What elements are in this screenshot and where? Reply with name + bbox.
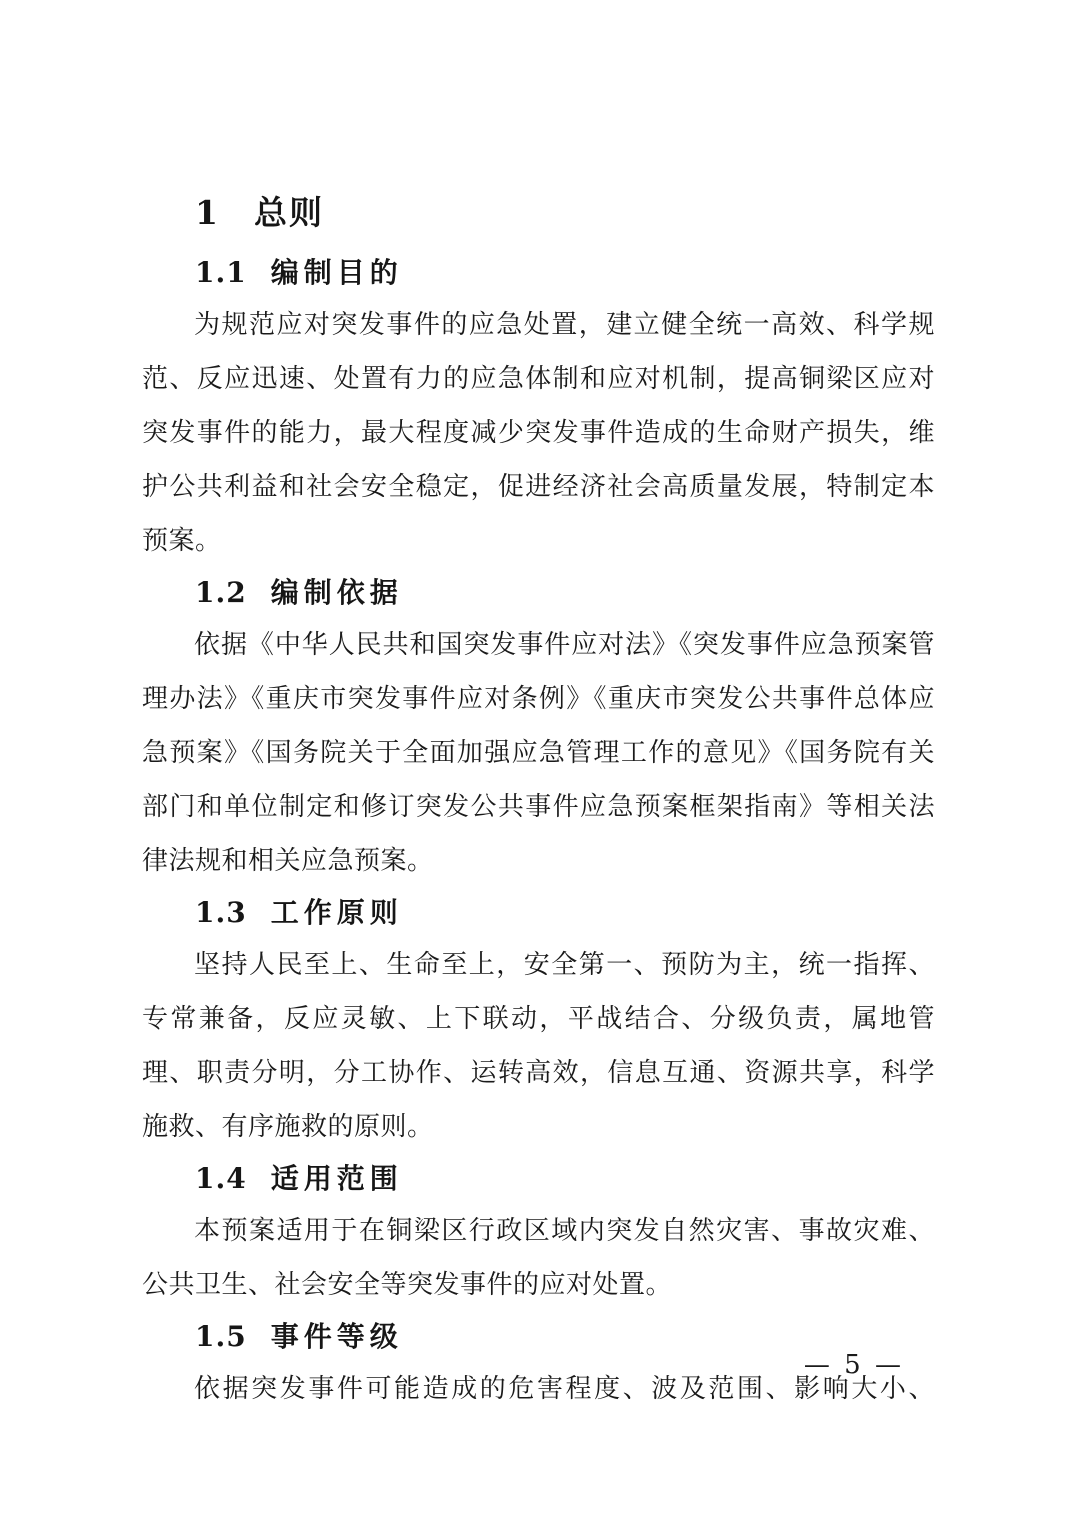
section-1-4: 1.4适用范围 本预案适用于在铜梁区行政区域内突发自然灾害、事故灾难、公共卫生、…	[142, 1154, 935, 1312]
section-title: 适用范围	[271, 1162, 403, 1195]
section-1-3-paragraph: 坚持人民至上、生命至上，安全第一、预防为主，统一指挥、专常兼备，反应灵敏、上下联…	[142, 938, 935, 1154]
section-number: 1.1	[195, 256, 247, 289]
section-1-1: 1.1编制目的 为规范应对突发事件的应急处置，建立健全统一高效、科学规范、反应迅…	[142, 248, 935, 568]
section-1-3: 1.3工作原则 坚持人民至上、生命至上，安全第一、预防为主，统一指挥、专常兼备，…	[142, 888, 935, 1154]
section-1-1-paragraph: 为规范应对突发事件的应急处置，建立健全统一高效、科学规范、反应迅速、处置有力的应…	[142, 298, 935, 568]
section-title: 事件等级	[271, 1320, 403, 1353]
section-1-2-heading: 1.2编制依据	[195, 568, 935, 618]
section-title: 编制依据	[271, 576, 403, 609]
section-title: 工作原则	[271, 896, 403, 929]
section-1-3-heading: 1.3工作原则	[195, 888, 935, 938]
section-1-2: 1.2编制依据 依据《中华人民共和国突发事件应对法》《突发事件应急预案管理办法》…	[142, 568, 935, 888]
chapter-heading: 1总则	[195, 190, 935, 236]
section-number: 1.5	[195, 1320, 247, 1353]
chapter-title: 总则	[254, 193, 324, 232]
section-number: 1.3	[195, 896, 247, 929]
section-number: 1.4	[195, 1162, 247, 1195]
section-1-4-heading: 1.4适用范围	[195, 1154, 935, 1204]
page-number: — 5 —	[804, 1350, 904, 1380]
chapter-number: 1	[195, 193, 220, 232]
section-1-1-heading: 1.1编制目的	[195, 248, 935, 298]
section-1-2-paragraph: 依据《中华人民共和国突发事件应对法》《突发事件应急预案管理办法》《重庆市突发事件…	[142, 618, 935, 888]
document-page: 1总则 1.1编制目的 为规范应对突发事件的应急处置，建立健全统一高效、科学规范…	[0, 0, 1074, 1520]
section-number: 1.2	[195, 576, 247, 609]
section-title: 编制目的	[271, 256, 403, 289]
section-1-4-paragraph: 本预案适用于在铜梁区行政区域内突发自然灾害、事故灾难、公共卫生、社会安全等突发事…	[142, 1204, 935, 1312]
